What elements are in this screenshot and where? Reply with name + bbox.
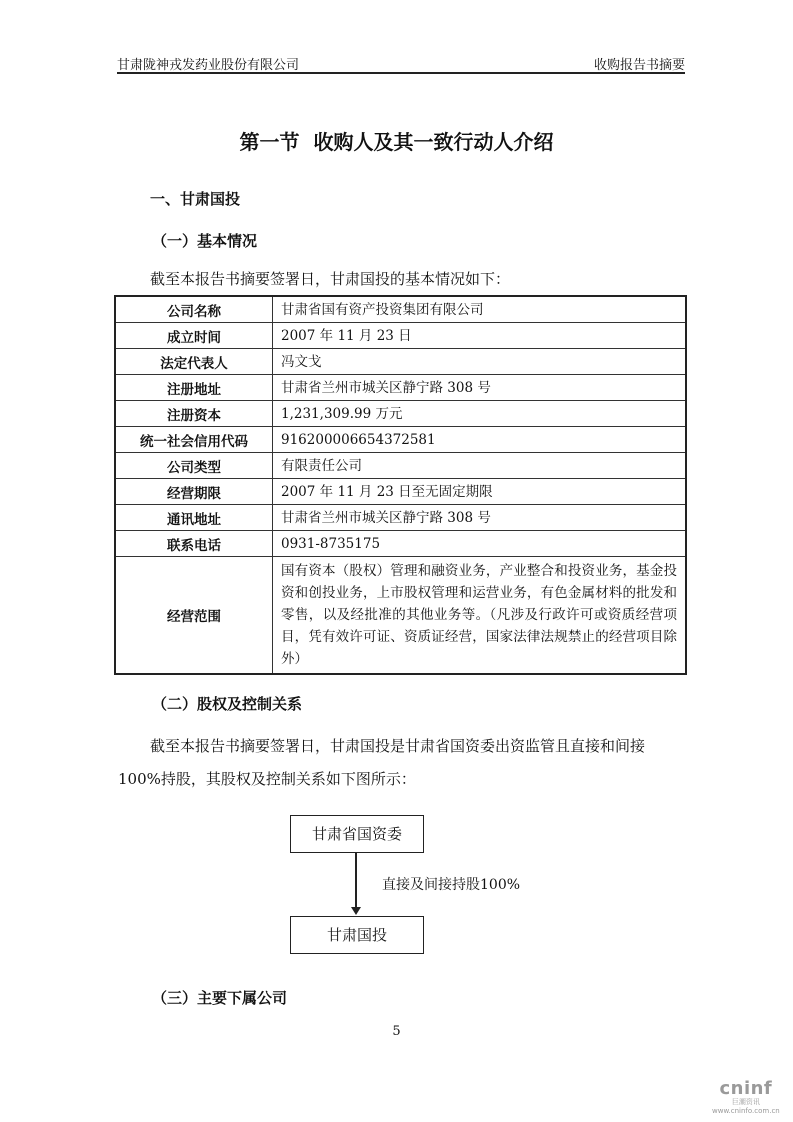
row-value: 甘肃省兰州市城关区静宁路 308 号 — [273, 505, 687, 531]
heading-basic-info: （一）基本情况 — [152, 230, 257, 251]
heading-subsidiaries: （三）主要下属公司 — [152, 987, 287, 1008]
heading-gansu-guotou: 一、甘肃国投 — [150, 188, 240, 209]
diagram-box-sasac: 甘肃省国资委 — [290, 815, 424, 853]
row-key: 注册地址 — [115, 375, 273, 401]
watermark-url: www.cninfo.com.cn — [712, 1107, 780, 1115]
table-row: 注册地址甘肃省兰州市城关区静宁路 308 号 — [115, 375, 686, 401]
row-value: 2007 年 11 月 23 日至无固定期限 — [273, 479, 687, 505]
table-row: 法定代表人冯文戈 — [115, 349, 686, 375]
row-value: 2007 年 11 月 23 日 — [273, 323, 687, 349]
arrow-down-icon — [351, 907, 361, 915]
row-key: 注册资本 — [115, 401, 273, 427]
equity-para-line2: 100%持股，其股权及控制关系如下图所示： — [118, 768, 416, 789]
table-row: 通讯地址甘肃省兰州市城关区静宁路 308 号 — [115, 505, 686, 531]
basic-info-intro: 截至本报告书摘要签署日，甘肃国投的基本情况如下： — [150, 268, 510, 289]
cninfo-watermark: cninf 巨潮资讯 www.cninfo.com.cn — [712, 1078, 780, 1115]
page-header: 甘肃陇神戎发药业股份有限公司 收购报告书摘要 — [117, 50, 685, 74]
table-row: 公司类型有限责任公司 — [115, 453, 686, 479]
row-key: 通讯地址 — [115, 505, 273, 531]
table-row: 联系电话0931-8735175 — [115, 531, 686, 557]
row-key: 经营期限 — [115, 479, 273, 505]
row-key: 公司类型 — [115, 453, 273, 479]
row-value: 冯文戈 — [273, 349, 687, 375]
table-row: 注册资本1,231,309.99 万元 — [115, 401, 686, 427]
diagram-box-guotou: 甘肃国投 — [290, 916, 424, 954]
row-key: 成立时间 — [115, 323, 273, 349]
section-title: 第一节 收购人及其一致行动人介绍 — [0, 126, 793, 155]
basic-info-table: 公司名称甘肃省国有资产投资集团有限公司 成立时间2007 年 11 月 23 日… — [114, 295, 687, 675]
header-company: 甘肃陇神戎发药业股份有限公司 — [117, 54, 299, 73]
heading-equity-control: （二）股权及控制关系 — [152, 693, 302, 714]
table-row: 公司名称甘肃省国有资产投资集团有限公司 — [115, 296, 686, 323]
row-key: 经营范围 — [115, 557, 273, 675]
table-row: 经营期限2007 年 11 月 23 日至无固定期限 — [115, 479, 686, 505]
row-value: 甘肃省国有资产投资集团有限公司 — [273, 296, 687, 323]
header-doc-title: 收购报告书摘要 — [594, 54, 685, 73]
table-row: 经营范围国有资本（股权）管理和融资业务，产业整合和投资业务，基金投资和创投业务，… — [115, 557, 686, 675]
diagram-arrow-line — [355, 853, 357, 911]
table-row: 统一社会信用代码916200006654372581 — [115, 427, 686, 453]
row-value: 有限责任公司 — [273, 453, 687, 479]
table-row: 成立时间2007 年 11 月 23 日 — [115, 323, 686, 349]
row-value: 0931-8735175 — [273, 531, 687, 557]
row-key: 法定代表人 — [115, 349, 273, 375]
row-value: 1,231,309.99 万元 — [273, 401, 687, 427]
row-value: 916200006654372581 — [273, 427, 687, 453]
cninfo-logo: cninf — [712, 1078, 780, 1099]
row-value: 国有资本（股权）管理和融资业务，产业整合和投资业务，基金投资和创投业务，上市股权… — [273, 557, 687, 675]
row-value: 甘肃省兰州市城关区静宁路 308 号 — [273, 375, 687, 401]
row-key: 公司名称 — [115, 296, 273, 323]
row-key: 统一社会信用代码 — [115, 427, 273, 453]
equity-para-line1: 截至本报告书摘要签署日，甘肃国投是甘肃省国资委出资监管且直接和间接 — [150, 735, 645, 756]
diagram-edge-label: 直接及间接持股100% — [382, 874, 520, 894]
page-number: 5 — [0, 1024, 793, 1039]
row-key: 联系电话 — [115, 531, 273, 557]
